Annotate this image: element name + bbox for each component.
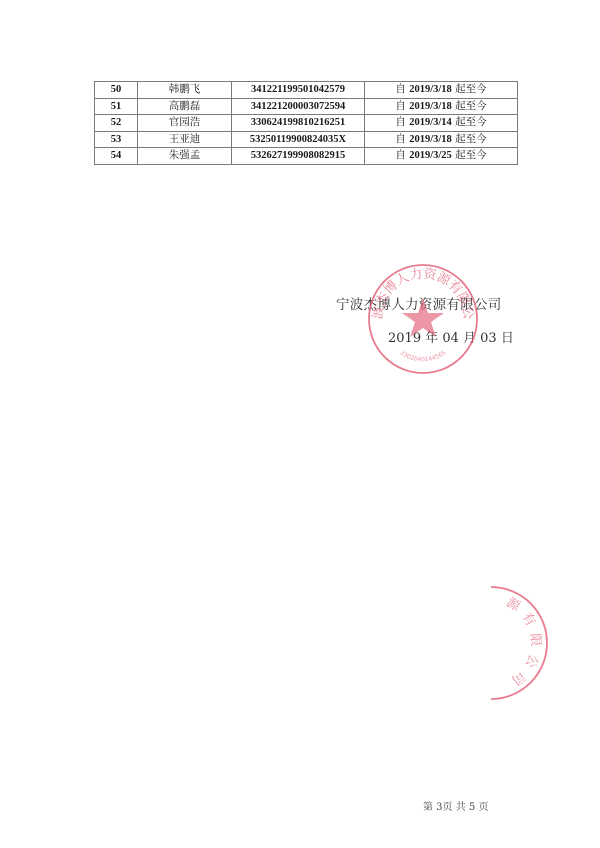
id-number: 330624199810216251 (232, 115, 365, 132)
row-number: 51 (95, 98, 138, 115)
row-number: 52 (95, 115, 138, 132)
id-number: 532627199908082915 (232, 148, 365, 165)
document-page: 50韩鹏飞341221199501042579自 2019/3/18 起至今51… (0, 0, 600, 848)
row-number: 54 (95, 148, 138, 165)
svg-text:限: 限 (527, 633, 543, 647)
company-name: 宁波杰博人力资源有限公司 (336, 293, 502, 313)
table-row: 52官园浩330624199810216251自 2019/3/14 起至今 (95, 115, 518, 132)
company-seal-stamp-icon: 宁波杰博人力资源有限公司 3302040144565 (366, 262, 480, 376)
table-row: 51高鹏磊341221200003072594自 2019/3/18 起至今 (95, 98, 518, 115)
employee-name: 高鹏磊 (138, 98, 232, 115)
employee-name: 朱强孟 (138, 148, 232, 165)
row-number: 53 (95, 131, 138, 148)
id-number: 53250119900824035X (232, 131, 365, 148)
svg-text:有: 有 (518, 610, 538, 629)
row-number: 50 (95, 82, 138, 99)
employee-name: 官园浩 (138, 115, 232, 132)
employee-name: 韩鹏飞 (138, 82, 232, 99)
signature-date: 2019 年 04 月 03 日 (388, 327, 514, 346)
id-number: 341221200003072594 (232, 98, 365, 115)
svg-text:源: 源 (504, 595, 524, 615)
svg-text:司: 司 (508, 668, 527, 688)
employee-name: 王亚迪 (138, 131, 232, 148)
table-row: 53王亚迪53250119900824035X自 2019/3/18 起至今 (95, 131, 518, 148)
table-row: 54朱强孟532627199908082915自 2019/3/25 起至今 (95, 148, 518, 165)
employment-period: 自 2019/3/25 起至今 (365, 148, 518, 165)
id-number: 341221199501042579 (232, 82, 365, 99)
employment-period: 自 2019/3/18 起至今 (365, 82, 518, 99)
employment-period: 自 2019/3/18 起至今 (365, 131, 518, 148)
svg-text:公: 公 (522, 652, 541, 670)
employment-period: 自 2019/3/18 起至今 (365, 98, 518, 115)
svg-text:3302040144565: 3302040144565 (399, 349, 448, 363)
employment-period: 自 2019/3/14 起至今 (365, 115, 518, 132)
table-row: 50韩鹏飞341221199501042579自 2019/3/18 起至今 (95, 82, 518, 99)
roster-body: 50韩鹏飞341221199501042579自 2019/3/18 起至今51… (95, 82, 518, 165)
seam-seal-stamp-icon: 源有限公司 (432, 584, 550, 702)
page-indicator: 第 3页 共 5 页 (423, 798, 488, 813)
employee-roster-table: 50韩鹏飞341221199501042579自 2019/3/18 起至今51… (94, 81, 518, 165)
